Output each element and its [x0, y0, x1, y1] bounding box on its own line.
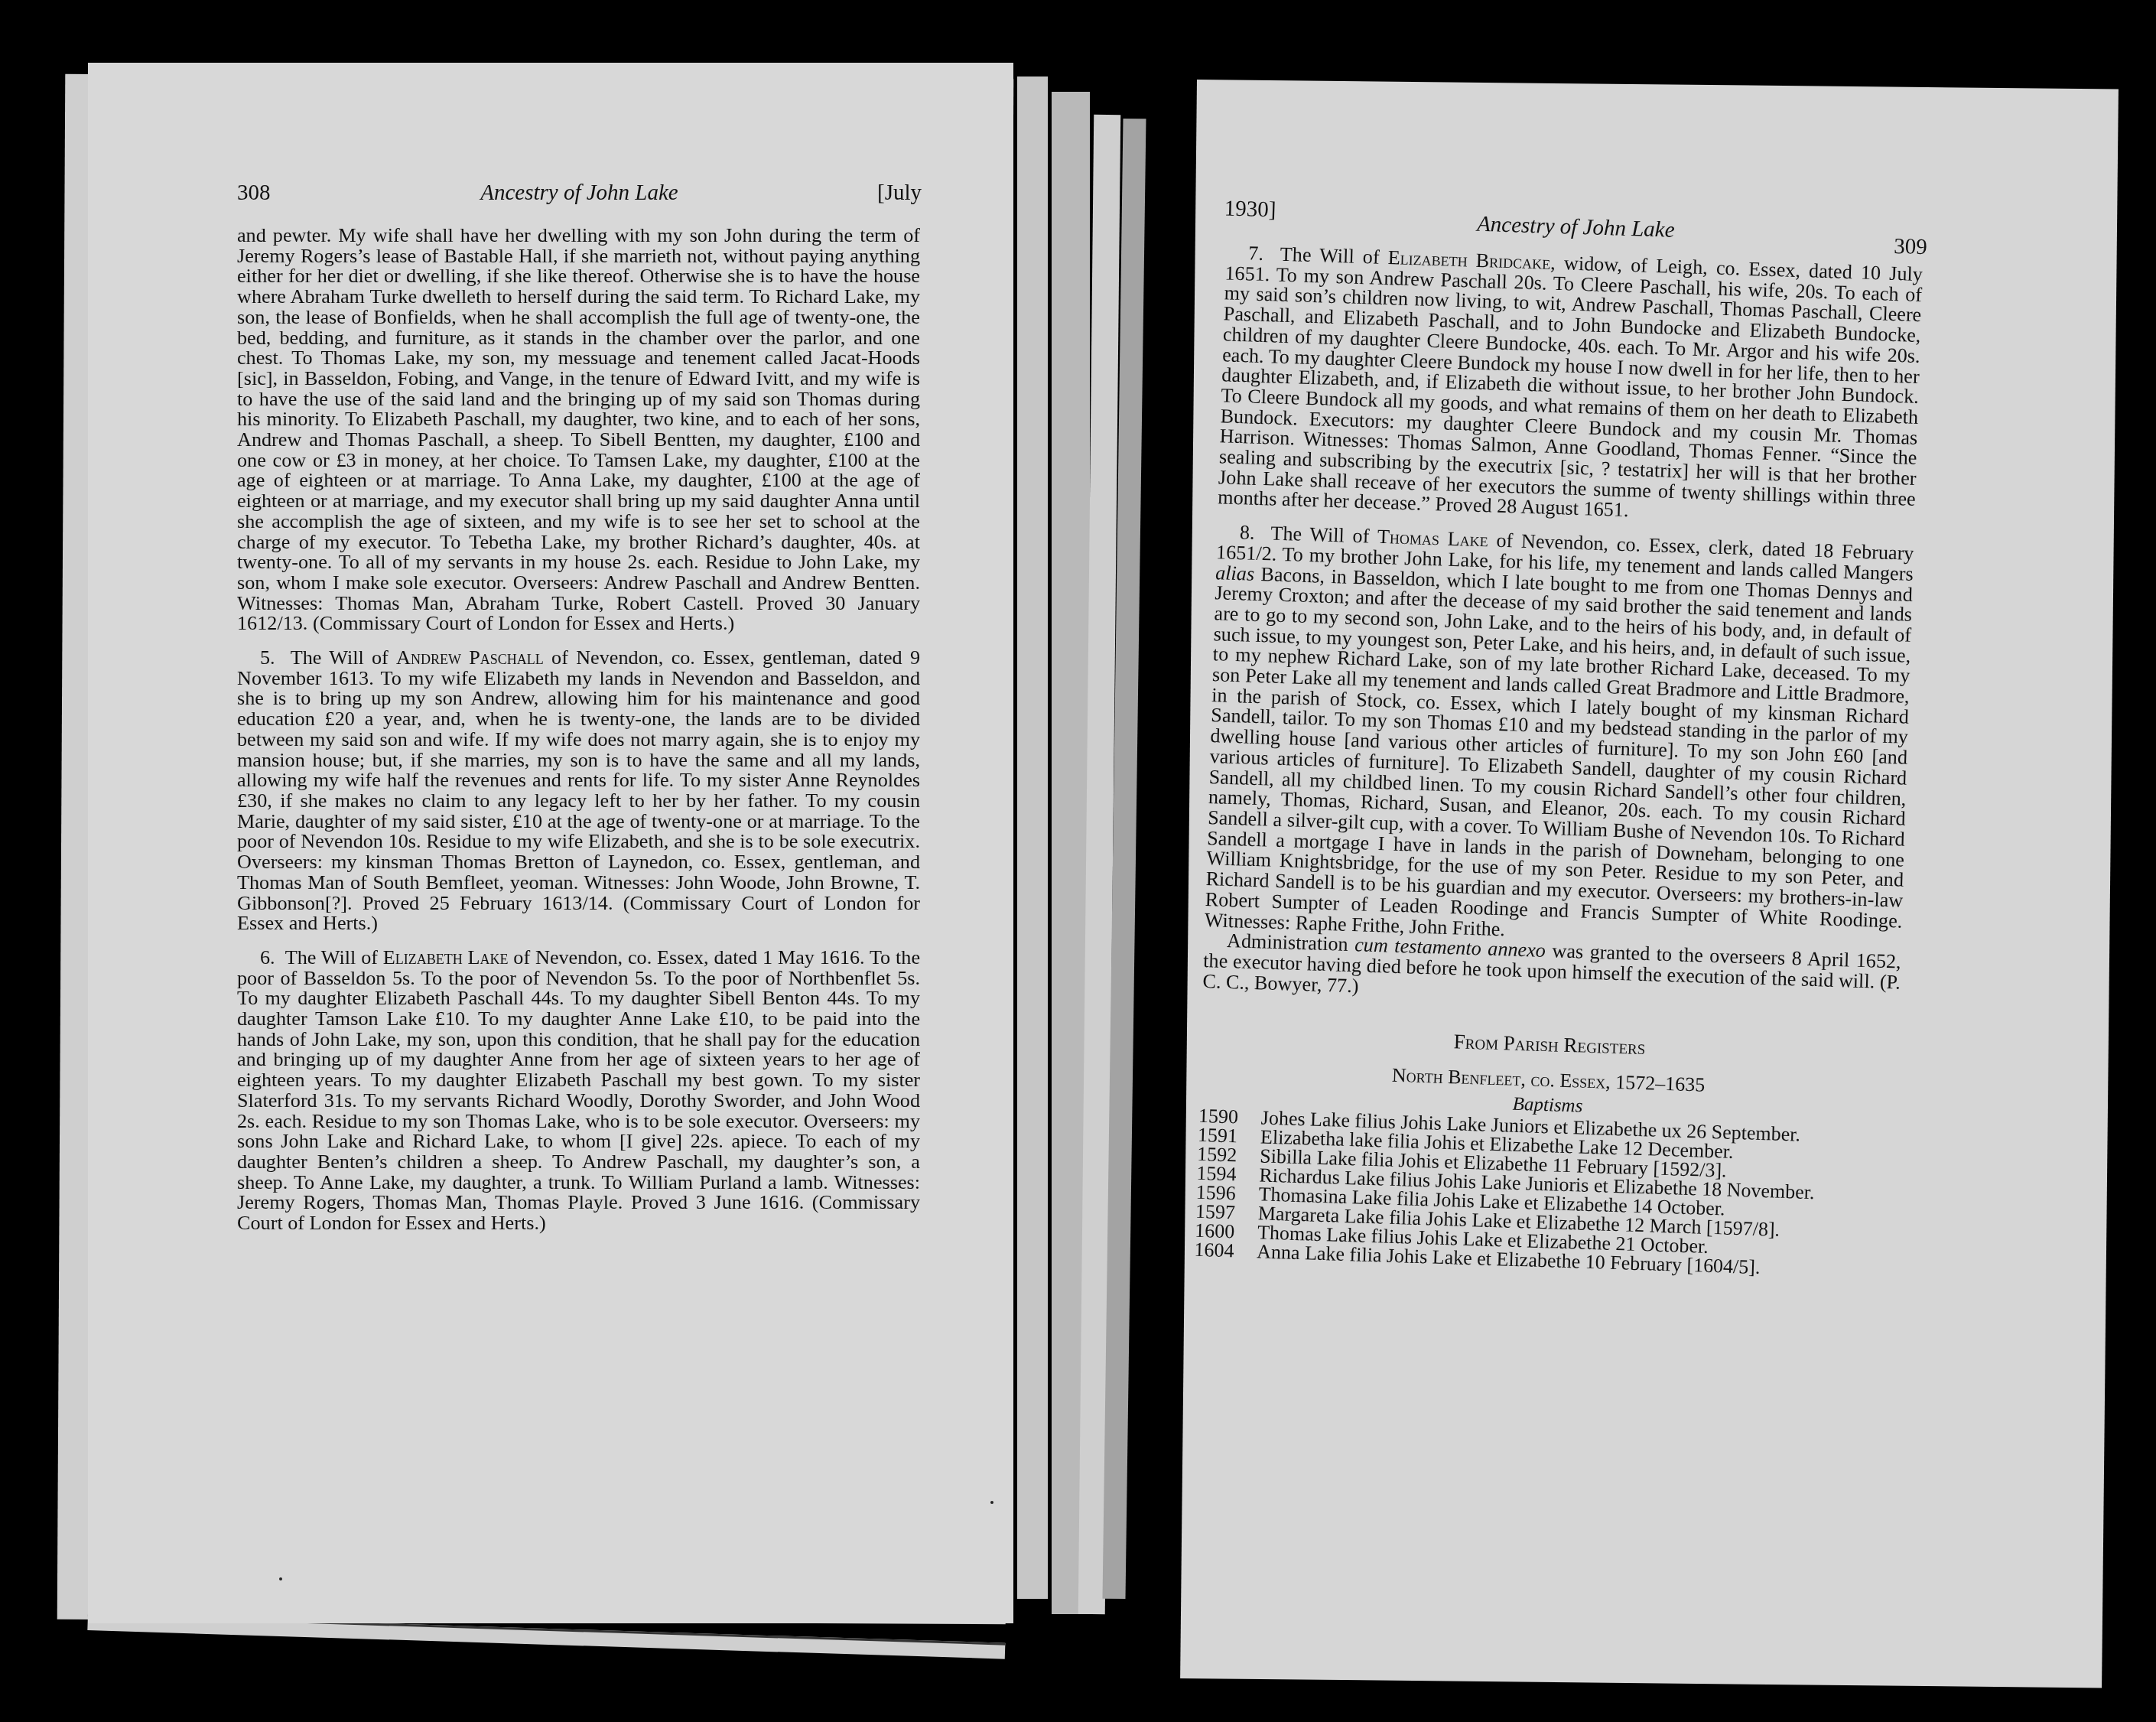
testator-name: Andrew Paschall [396, 646, 544, 669]
page-stack-edge [1017, 76, 1048, 1599]
will-entry-7: 7. The Will of Elizabeth Bridcake, widow… [1218, 243, 1923, 530]
entry-number: 8. [1239, 521, 1255, 544]
paper-speck [990, 1501, 993, 1504]
entry-number: 6. [260, 946, 275, 968]
left-body-text: and pewter. My wife shall have her dwell… [237, 226, 920, 1234]
entry-number: 7. [1248, 242, 1264, 265]
section-heading: From Parish Registers [1201, 1024, 1898, 1066]
will-entry-6: 6. The Will of Elizabeth Lake of Nevendo… [237, 948, 920, 1234]
running-title: Ancestry of John Lake [237, 181, 922, 206]
left-page: 308 Ancestry of John Lake [July and pewt… [88, 63, 1013, 1623]
will-entry-8: 8. The Will of Thomas Lake of Nevendon, … [1205, 522, 1914, 952]
paper-speck [279, 1577, 282, 1580]
will-entry-5: 5. The Will of Andrew Paschall of Nevend… [237, 648, 920, 934]
right-running-head: 1930] Ancestry of John Lake 309 [1224, 196, 1928, 249]
baptism-list: 1590 Johes Lake filius Johis Lake Junior… [1194, 1106, 1896, 1281]
entry-number: 5. [260, 646, 275, 669]
right-body-text: 7. The Will of Elizabeth Bridcake, widow… [1194, 243, 1923, 1281]
date-marker: [July [877, 181, 922, 206]
page-number: 309 [1894, 234, 1928, 260]
paragraph-continuation: and pewter. My wife shall have her dwell… [237, 226, 920, 634]
testator-name: Elizabeth Lake [383, 946, 509, 968]
left-running-head: 308 Ancestry of John Lake [July [237, 181, 922, 211]
right-page: 1930] Ancestry of John Lake 309 7. The W… [1180, 80, 2119, 1688]
